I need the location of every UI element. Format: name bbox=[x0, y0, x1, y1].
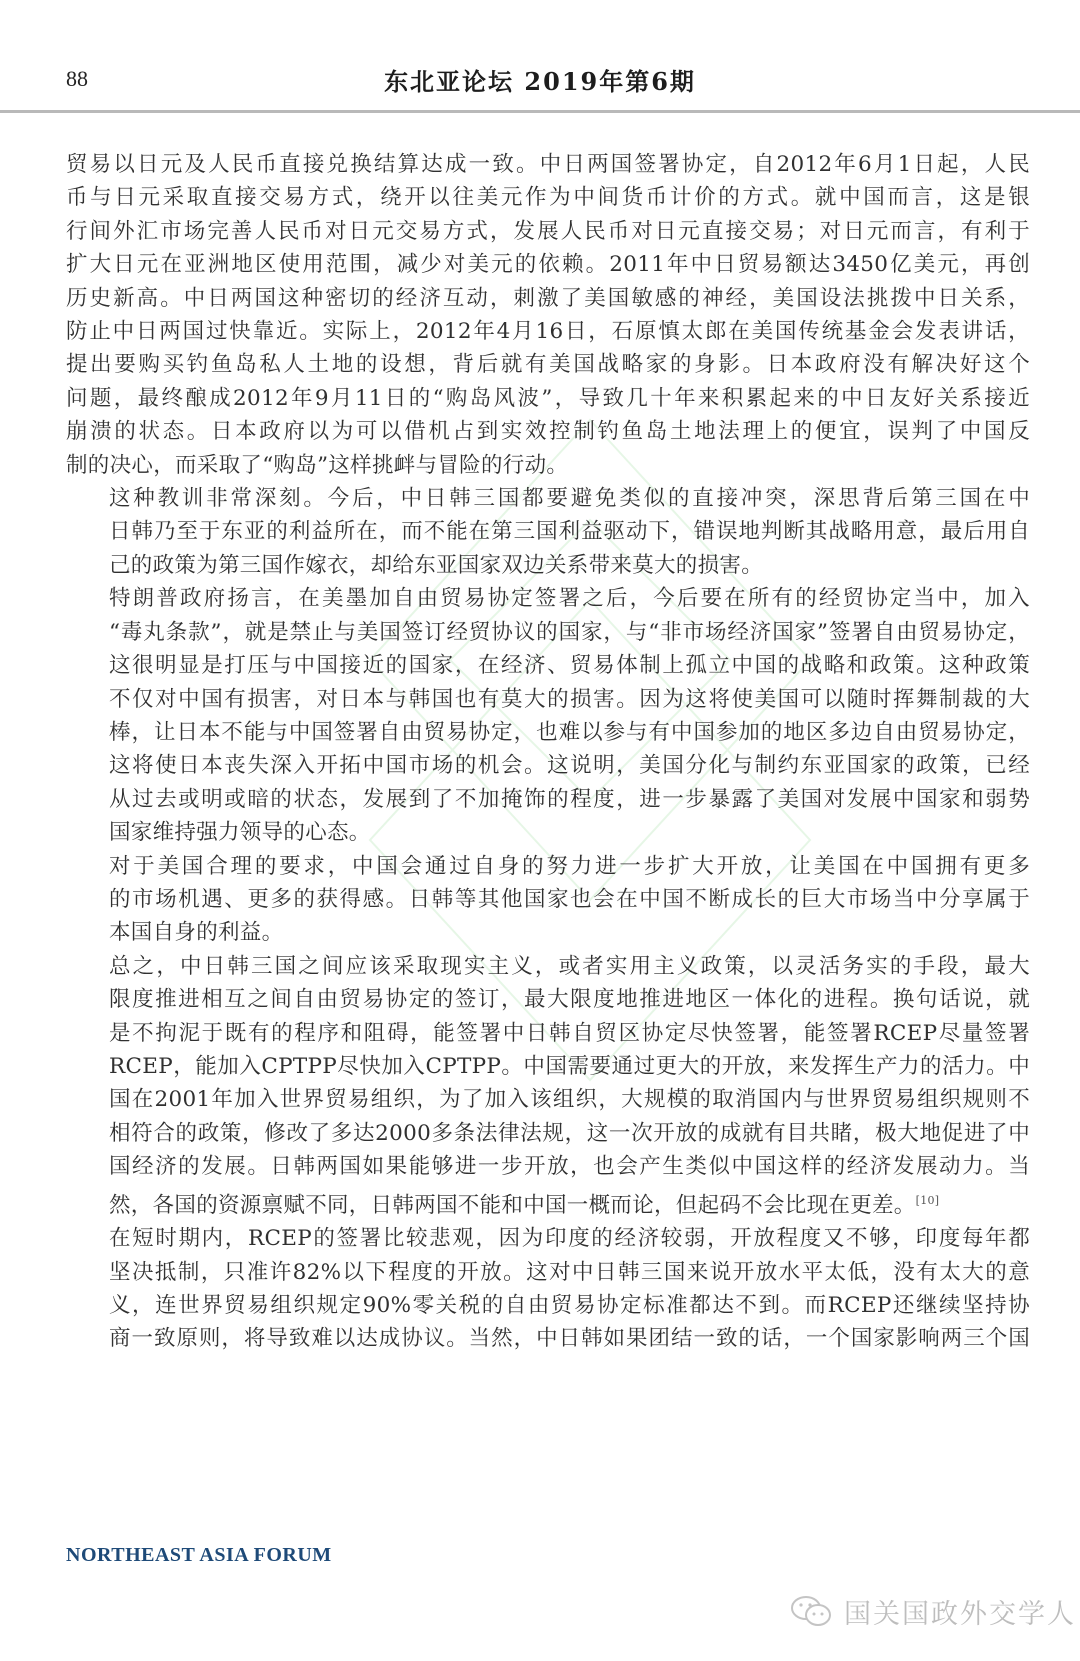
text-line: 棒，让日本不能与中国签署自由贸易协定，也难以参与有中国参加的地区多边自由贸易协定… bbox=[66, 716, 1030, 749]
text-line: 从过去或明或暗的状态，发展到了不加掩饰的程度，进一步暴露了美国对发展中国家和弱势 bbox=[66, 783, 1030, 816]
watermark-text: 国关国政外交学人 bbox=[844, 1592, 1076, 1631]
text-line: 本国自身的利益。 bbox=[66, 916, 1030, 949]
text-line: 币与日元采取直接交易方式，绕开以往美元作为中间货币计价的方式。就中国而言，这是银 bbox=[66, 181, 1030, 214]
journal-title: 东北亚论坛 2019年第6期 bbox=[0, 62, 1080, 97]
text-line: 商一致原则，将导致难以达成协议。当然，中日韩如果团结一致的话，一个国家影响两三个… bbox=[66, 1322, 1030, 1355]
text-line: 制的决心，而采取了“购岛”这样挑衅与冒险的行动。 bbox=[66, 449, 1030, 482]
text-line: RCEP，能加入CPTPP尽快加入CPTPP。中国需要通过更大的开放，来发挥生产… bbox=[66, 1050, 1030, 1083]
text-line: 崩溃的状态。日本政府以为可以借机占到实效控制钓鱼岛土地法理上的便宜，误判了中国反 bbox=[66, 415, 1030, 448]
wechat-icon bbox=[790, 1594, 834, 1630]
text-line: 提出要购买钓鱼岛私人土地的设想，背后就有美国战略家的身影。日本政府没有解决好这个 bbox=[66, 348, 1030, 381]
paragraph: 这种教训非常深刻。今后，中日韩三国都要避免类似的直接冲突，深思背后第三国在中日韩… bbox=[66, 482, 1030, 582]
text-line: 义，连世界贸易组织规定90%零关税的自由贸易协定标准都达不到。而RCEP还继续坚… bbox=[66, 1289, 1030, 1322]
text-line: 在短时期内，RCEP的签署比较悲观，因为印度的经济较弱，开放程度又不够，印度每年… bbox=[66, 1222, 1030, 1255]
text-line: 是不拘泥于既有的程序和阻碍，能签署中日韩自贸区协定尽快签署，能签署RCEP尽量签… bbox=[66, 1017, 1030, 1050]
text-line: 限度推进相互之间自由贸易协定的签订，最大限度地推进地区一体化的进程。换句话说，就 bbox=[66, 983, 1030, 1016]
text-line: 这将使日本丧失深入开拓中国市场的机会。这说明，美国分化与制约东亚国家的政策，已经 bbox=[66, 749, 1030, 782]
paragraph: 特朗普政府扬言，在美墨加自由贸易协定签署之后，今后要在所有的经贸协定当中，加入“… bbox=[66, 582, 1030, 849]
text-line: 问题，最终酿成2012年9月11日的“购岛风波”，导致几十年来积累起来的中日友好… bbox=[66, 382, 1030, 415]
text-line: 贸易以日元及人民币直接兑换结算达成一致。中日两国签署协定，自2012年6月1日起… bbox=[66, 148, 1030, 181]
text-line: 坚决抵制，只准许82%以下程度的开放。这对中日韩三国来说开放水平太低，没有太大的… bbox=[66, 1256, 1030, 1289]
paragraph: 贸易以日元及人民币直接兑换结算达成一致。中日两国签署协定，自2012年6月1日起… bbox=[66, 148, 1030, 482]
text-line: 然，各国的资源禀赋不同，日韩两国不能和中国一概而论，但起码不会比现在更差。[10… bbox=[66, 1184, 1030, 1223]
text-line: 这很明显是打压与中国接近的国家，在经济、贸易体制上孤立中国的战略和政策。这种政策 bbox=[66, 649, 1030, 682]
paragraph: 对于美国合理的要求，中国会通过自身的努力进一步扩大开放，让美国在中国拥有更多的市… bbox=[66, 850, 1030, 950]
text-line: 相符合的政策，修改了多达2000多条法律法规，这一次开放的成就有目共睹，极大地促… bbox=[66, 1117, 1030, 1150]
article-body: 贸易以日元及人民币直接兑换结算达成一致。中日两国签署协定，自2012年6月1日起… bbox=[66, 148, 1030, 1356]
text-line: 不仅对中国有损害，对日本与韩国也有莫大的损害。因为这将使美国可以随时挥舞制裁的大 bbox=[66, 683, 1030, 716]
text-line: “毒丸条款”，就是禁止与美国签订经贸协议的国家，与“非市场经济国家”签署自由贸易… bbox=[66, 616, 1030, 649]
page-header: 88 东北亚论坛 2019年第6期 bbox=[0, 62, 1080, 102]
text-line: 行间外汇市场完善人民币对日元交易方式，发展人民币对日元直接交易；对日元而言，有利… bbox=[66, 215, 1030, 248]
text-line: 己的政策为第三国作嫁衣，却给东亚国家双边关系带来莫大的损害。 bbox=[66, 549, 1030, 582]
text-line: 的市场机遇、更多的获得感。日韩等其他国家也会在中国不断成长的巨大市场当中分享属于 bbox=[66, 883, 1030, 916]
text-line: 对于美国合理的要求，中国会通过自身的努力进一步扩大开放，让美国在中国拥有更多 bbox=[66, 850, 1030, 883]
text-line: 历史新高。中日两国这种密切的经济互动，刺激了美国敏感的神经，美国设法挑拨中日关系… bbox=[66, 282, 1030, 315]
text-line: 国在2001年加入世界贸易组织，为了加入该组织，大规模的取消国内与世界贸易组织规… bbox=[66, 1083, 1030, 1116]
paragraph: 总之，中日韩三国之间应该采取现实主义，或者实用主义政策，以灵活务实的手段，最大限… bbox=[66, 950, 1030, 1222]
paragraph: 在短时期内，RCEP的签署比较悲观，因为印度的经济较弱，开放程度又不够，印度每年… bbox=[66, 1222, 1030, 1356]
wechat-watermark: 国关国政外交学人 bbox=[790, 1592, 1076, 1631]
text-line: 国经济的发展。日韩两国如果能够进一步开放，也会产生类似中国这样的经济发展动力。当 bbox=[66, 1150, 1030, 1183]
text-line: 这种教训非常深刻。今后，中日韩三国都要避免类似的直接冲突，深思背后第三国在中 bbox=[66, 482, 1030, 515]
header-divider bbox=[0, 110, 1080, 113]
text-line: 日韩乃至于东亚的利益所在，而不能在第三国利益驱动下，错误地判断其战略用意，最后用… bbox=[66, 515, 1030, 548]
citation-ref[interactable]: [10] bbox=[916, 1194, 940, 1207]
text-line: 国家维持强力领导的心态。 bbox=[66, 816, 1030, 849]
text-line: 防止中日两国过快靠近。实际上，2012年4月16日，石原慎太郎在美国传统基金会发… bbox=[66, 315, 1030, 348]
text-line: 总之，中日韩三国之间应该采取现实主义，或者实用主义政策，以灵活务实的手段，最大 bbox=[66, 950, 1030, 983]
footer-brand: NORTHEAST ASIA FORUM bbox=[66, 1544, 332, 1567]
text-line: 特朗普政府扬言，在美墨加自由贸易协定签署之后，今后要在所有的经贸协定当中，加入 bbox=[66, 582, 1030, 615]
text-line: 扩大日元在亚洲地区使用范围，减少对美元的依赖。2011年中日贸易额达3450亿美… bbox=[66, 248, 1030, 281]
